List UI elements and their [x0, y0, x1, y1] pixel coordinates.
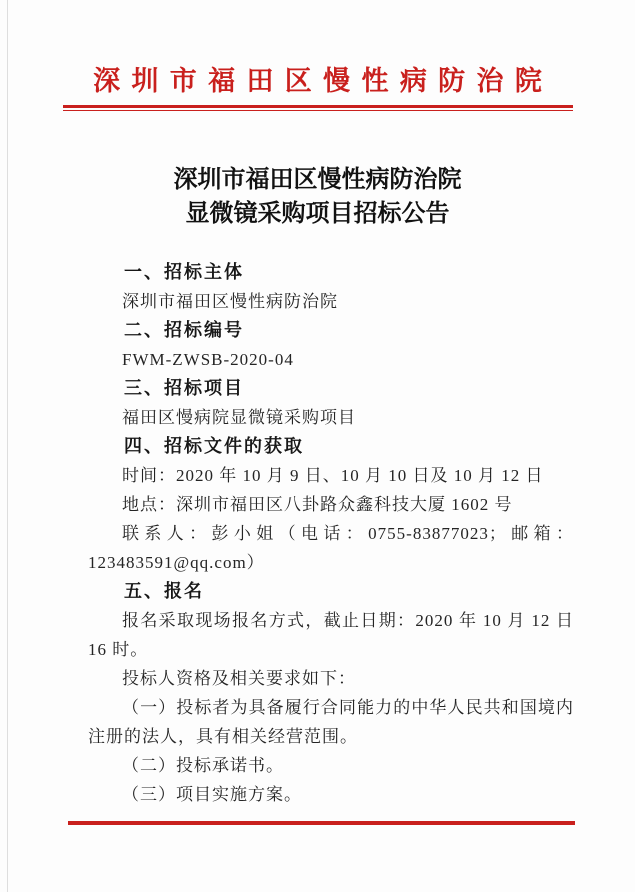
letterhead-divider [63, 105, 573, 111]
paragraph: 联系人：彭小姐（电话：0755-83877023；邮箱：123483591@qq… [88, 519, 574, 577]
document-title-line2: 显微镜采购项目招标公告 [0, 197, 635, 231]
section-heading: 四、招标文件的获取 [88, 432, 574, 461]
letterhead-org-name: 深圳市福田区慢性病防治院 [11, 62, 635, 100]
paragraph: 深圳市福田区慢性病防治院 [88, 287, 574, 316]
paragraph: FWM-ZWSB-2020-04 [88, 345, 574, 374]
document-title-line1: 深圳市福田区慢性病防治院 [0, 163, 635, 197]
document-body: 一、招标主体深圳市福田区慢性病防治院二、招标编号FWM-ZWSB-2020-04… [0, 258, 635, 809]
paragraph: （二）投标承诺书。 [88, 751, 574, 780]
paragraph: 报名采取现场报名方式，截止日期：2020 年 10 月 12 日 16 时。 [88, 606, 574, 664]
paragraph: 时间：2020 年 10 月 9 日、10 月 10 日及 10 月 12 日 [88, 461, 574, 490]
paragraph: （一）投标者为具备履行合同能力的中华人民共和国境内注册的法人，具有相关经营范围。 [88, 693, 574, 751]
section-heading: 一、招标主体 [88, 258, 574, 287]
paragraph: 投标人资格及相关要求如下： [88, 664, 574, 693]
section-heading: 二、招标编号 [88, 316, 574, 345]
page-scan-edge [7, 0, 8, 892]
document-title: 深圳市福田区慢性病防治院 显微镜采购项目招标公告 [0, 163, 635, 231]
paragraph: （三）项目实施方案。 [88, 780, 574, 809]
footer-divider [68, 821, 575, 825]
letterhead-divider-thick-line [63, 105, 573, 108]
section-heading: 五、报名 [88, 577, 574, 606]
letterhead-divider-thin-line [63, 110, 573, 111]
section-heading: 三、招标项目 [88, 374, 574, 403]
letterhead: 深圳市福田区慢性病防治院 [0, 0, 635, 111]
paragraph: 地点：深圳市福田区八卦路众鑫科技大厦 1602 号 [88, 490, 574, 519]
paragraph: 福田区慢病院显微镜采购项目 [88, 403, 574, 432]
